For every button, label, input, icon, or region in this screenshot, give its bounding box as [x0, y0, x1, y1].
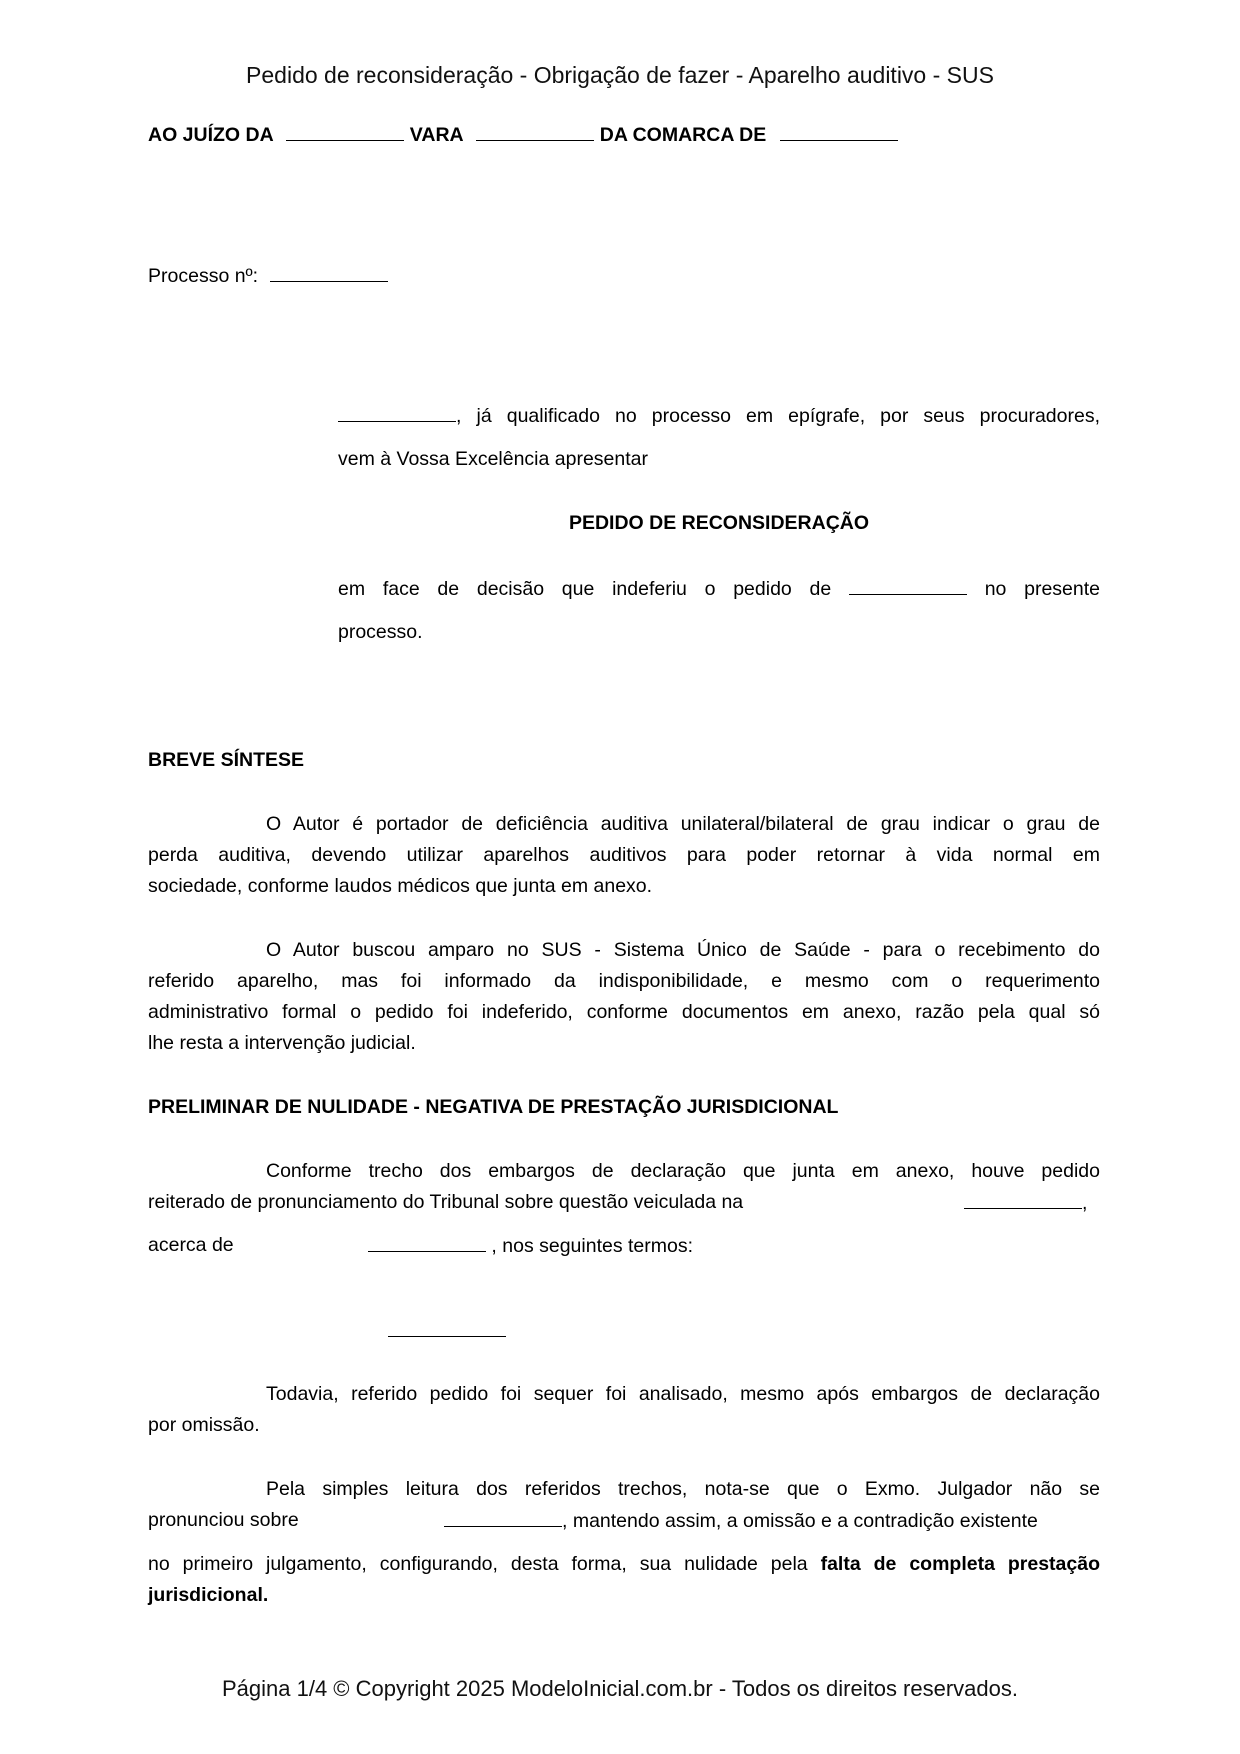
paragraph-line: O Autor é portador de deficiência auditi… — [148, 812, 1100, 836]
paragraph-line: reiterado de pronunciamento do Tribunal … — [148, 1190, 743, 1214]
blank-field-process-number[interactable] — [270, 263, 388, 282]
process-number-line: Processo nº: — [148, 263, 388, 288]
paragraph-line: por omissão. — [148, 1413, 260, 1437]
addressee-part3: DA COMARCA DE — [600, 124, 766, 146]
paragraph-line: O Autor buscou amparo no SUS - Sistema Ú… — [148, 938, 1100, 962]
section-heading-preliminar: PRELIMINAR DE NULIDADE - NEGATIVA DE PRE… — [148, 1095, 838, 1119]
petition-title: PEDIDO DE RECONSIDERAÇÃO — [338, 511, 1100, 535]
addressee-part2: VARA — [410, 124, 463, 146]
paragraph-line: Conforme trecho dos embargos de declaraç… — [148, 1159, 1100, 1183]
intro-line-1: , já qualificado no processo em epígrafe… — [338, 403, 1100, 428]
document-header-title: Pedido de reconsideração - Obrigação de … — [0, 60, 1240, 90]
page-footer: Página 1/4 © Copyright 2025 ModeloInicia… — [0, 1675, 1240, 1703]
intro-line-2: vem à Vossa Excelência apresentar — [338, 447, 648, 471]
paragraph-line: acerca de — [148, 1233, 234, 1257]
paragraph-line: lhe resta a intervenção judicial. — [148, 1031, 416, 1055]
face-line-1: em face de decisão que indeferiu o pedid… — [338, 576, 1100, 601]
quote-placeholder — [388, 1318, 506, 1343]
process-label: Processo nº: — [148, 265, 258, 287]
section-heading-breve-sintese: BREVE SÍNTESE — [148, 748, 304, 772]
blank-field-party-name[interactable] — [338, 403, 456, 422]
blank-field-veiculada[interactable] — [964, 1190, 1082, 1209]
blank-field-pronunciou[interactable] — [444, 1508, 562, 1527]
paragraph-line: administrativo formal o pedido foi indef… — [148, 1000, 1100, 1024]
paragraph-line: perda auditiva, devendo utilizar aparelh… — [148, 843, 1100, 867]
paragraph-line: pronunciou sobre — [148, 1508, 299, 1532]
paragraph-line: referido aparelho, mas foi informado da … — [148, 969, 1100, 993]
blank-field-acerca[interactable] — [368, 1233, 486, 1252]
blank-field-vara[interactable] — [286, 122, 404, 141]
blank-line-end: , — [964, 1190, 1087, 1215]
blank-field-vara-type[interactable] — [476, 122, 594, 141]
paragraph-line: jurisdicional. — [148, 1583, 268, 1607]
blank-field-comarca[interactable] — [780, 122, 898, 141]
paragraph-line: Todavia, referido pedido foi sequer foi … — [148, 1382, 1100, 1406]
blank-field-request[interactable] — [849, 576, 967, 595]
paragraph-line: sociedade, conforme laudos médicos que j… — [148, 874, 652, 898]
blank-field-quote[interactable] — [388, 1318, 506, 1337]
addressee-line: AO JUÍZO DA VARA DA COMARCA DE — [148, 122, 898, 147]
paragraph-line: , nos seguintes termos: — [368, 1233, 693, 1258]
paragraph-line: , mantendo assim, a omissão e a contradi… — [444, 1508, 1038, 1533]
face-line-2: processo. — [338, 620, 423, 644]
addressee-part1: AO JUÍZO DA — [148, 124, 273, 146]
paragraph-line: Pela simples leitura dos referidos trech… — [148, 1477, 1100, 1501]
paragraph-line: no primeiro julgamento, configurando, de… — [148, 1552, 1100, 1576]
